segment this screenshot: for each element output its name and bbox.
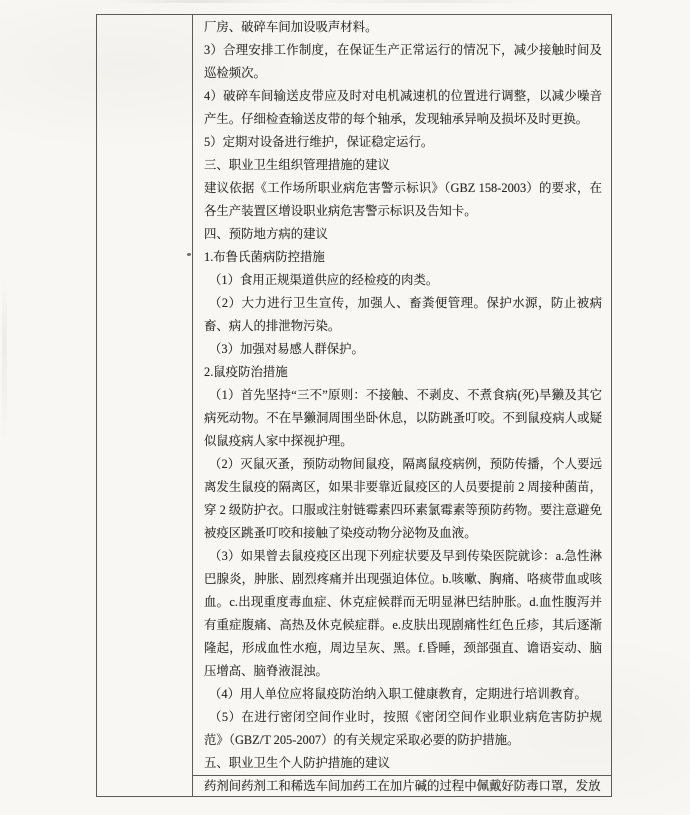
paragraph: 厂房、破碎车间加设吸声材料。: [204, 16, 602, 39]
paragraph: （5）在进行密闭空间作业时，按照《密闭空间作业职业病危害防护规范》（GBZ/T …: [204, 706, 602, 752]
paragraph: （3）如果曾去鼠疫疫区出现下列症状要及早到传染医院就诊：a.急性淋巴腺炎，肿胀、…: [204, 545, 602, 683]
subsection-heading: 2.鼠疫防治措施: [204, 361, 602, 384]
section-heading: 三、职业卫生组织管理措施的建议: [204, 154, 602, 177]
scanned-document-page: 厂房、破碎车间加设吸声材料。 3）合理安排工作制度，在保证生产正常运行的情况下，…: [0, 0, 690, 815]
section-heading: 四、预防地方病的建议: [204, 223, 602, 246]
paragraph: （2）灭鼠灭蚤，预防动物间鼠疫，隔离鼠疫病例，预防传播，个人要远离发生鼠疫的隔离…: [204, 453, 602, 545]
paragraph: （3）加强对易感人群保护。: [204, 338, 602, 361]
subsection-heading: 1.布鲁氏菌病防控措施: [204, 246, 602, 269]
paragraph: 4）破碎车间输送皮带应及时对电机减速机的位置进行调整，以减少噪音产生。仔细检查输…: [204, 85, 602, 131]
paragraph: （1）首先坚持“三不”原则：不接触、不剥皮、不煮食病(死)旱獭及其它病死动物。不…: [204, 384, 602, 453]
paragraph: （4）用人单位应将鼠疫防治纳入职工健康教育，定期进行培训教育。: [204, 683, 602, 706]
paragraph: 5）定期对设备进行维护，保证稳定运行。: [204, 131, 602, 154]
paragraph: 建议依据《工作场所职业病危害警示标识》（GBZ 158-2003）的要求，在各生…: [204, 177, 602, 223]
bottom-row-cell: 药剂间药剂工和稀选车间加药工在加片碱的过程中佩戴好防毒口罩，发放: [204, 776, 606, 797]
scan-smudge: [2, 280, 7, 440]
main-text-cell: 厂房、破碎车间加设吸声材料。 3）合理安排工作制度，在保证生产正常运行的情况下，…: [204, 16, 602, 775]
section-heading: 五、职业卫生个人防护措施的建议: [204, 752, 602, 775]
scan-smudge: [110, 0, 540, 3]
document-table: 厂房、破碎车间加设吸声材料。 3）合理安排工作制度，在保证生产正常运行的情况下，…: [96, 14, 612, 797]
column-divider-line: [192, 15, 193, 796]
paragraph: 药剂间药剂工和稀选车间加药工在加片碱的过程中佩戴好防毒口罩，发放: [204, 776, 606, 797]
paragraph: （2）大力进行卫生宣传，加强人、畜粪便管理。保护水源，防止被病畜、病人的排泄物污…: [204, 292, 602, 338]
paragraph: （1）食用正规渠道供应的经检疫的肉类。: [204, 269, 602, 292]
paragraph: 3）合理安排工作制度，在保证生产正常运行的情况下，减少接触时间及巡检频次。: [204, 39, 602, 85]
